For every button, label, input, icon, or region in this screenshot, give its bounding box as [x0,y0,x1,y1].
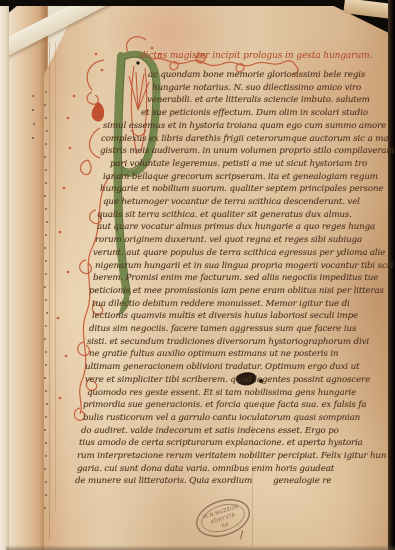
manuscript-line: rorum originem duxerunt. vel quot regna … [95,235,362,245]
manuscript-photo: M.N.MUZEUM KÖNYVTÁ RA dictus magister in… [0,0,395,550]
manuscript-line: de munere sui litteratoris. Quia exordiu… [75,476,331,486]
manuscript-line: hungarie et nobilium suorum. qualiter se… [100,184,383,194]
manuscript-line: ianam bellaque grecorum scripseram. ita … [103,172,378,182]
manuscript-line: hungarie notarius. N. suo dilectissimo a… [152,83,361,93]
manuscript-line: que hetumoger vocantur de terra scithica… [103,197,360,207]
manuscript-line: sisti. et secundum tradiciones diversoru… [87,337,369,347]
manuscript-line: tua dilectio debitum reddere monuisset. … [92,299,350,309]
manuscript-line: pari voluntate legeremus. petisti a me u… [110,159,367,169]
manuscript-line: bulis rusticorum vel a garrulo cantu ioc… [83,413,360,423]
manuscript-line: do audiret. valde indecorum et satis ind… [81,426,339,436]
manuscript-line: peticionis et mee promissionis iam pene … [89,286,384,296]
manuscript-line: primordia sue generacionis. et forcia qu… [83,400,366,410]
manuscript-line: nigenarum hungarii et in sua lingua prop… [95,261,393,271]
manuscript-line: garia. cui sunt dona data varia. omnibus… [77,464,334,474]
manuscript-line: quomodo res geste essent. Et si tam nobi… [87,388,356,398]
manuscript-line: ne gratie fultus auxilio optimum estiman… [89,349,338,359]
manuscript-line: gistris meis audiveram. in unum volumen … [100,146,395,156]
manuscript-line: aut quare vocatur almus primus dux hunga… [97,222,375,232]
manuscript-line: ditus sim negociis. facere tamen aggress… [89,324,356,334]
rubric-line: dictus magister incipit prologus in gest… [140,51,372,61]
manuscript-line: vere et simpliciter tibi scriberem. quod… [85,375,370,385]
manuscript-line: ultimam generacionem oblivioni tradatur.… [85,362,359,372]
manuscript-line: rum interpretacione rerum veritatem nobi… [77,451,386,461]
manuscript-line: tius amodo de certa scripturarum explana… [79,438,363,448]
manuscript-line: simul essemus et in hystoria troiana qua… [103,121,386,131]
manuscript-line: ac quondam bone memorie gloriosissimi be… [148,70,365,80]
manuscript-line: venerabili. et arte litteralis sciencie … [147,95,370,105]
manuscript-line: et sue peticionis effectum. Dum olim in … [141,108,368,118]
manuscript-line: berem. Promisi enim me facturum. sed ali… [93,273,378,283]
manuscript-line: lectionis quamvis multis et diversis hui… [92,311,358,321]
manuscript-line: complexus ex libris darethis frigii cete… [101,134,388,144]
manuscript-line: qualis sit terra scithica. et qualiter s… [97,210,352,220]
manuscript-line: verunt. aut quare populus de terra scith… [93,248,385,258]
text-block: dictus magister incipit prologus in gest… [0,0,395,550]
